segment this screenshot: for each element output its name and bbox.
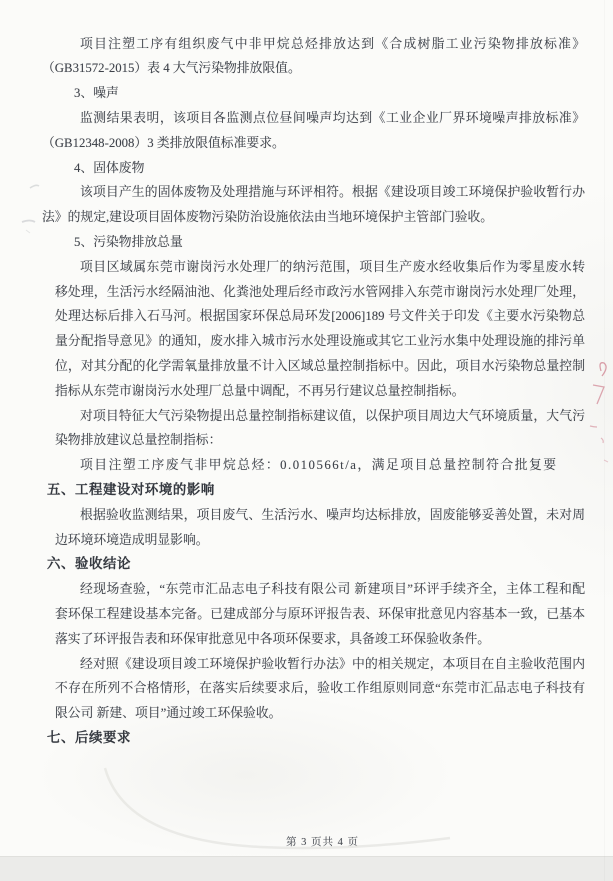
- text-line: 根据验收监测结果，项目废气、生活污水、噪声均达标排放，固废能够妥善处置，未对周: [55, 503, 585, 528]
- section-heading: 六、验收结论: [47, 552, 585, 577]
- text-line: 法》的规定,建设项目固体废物污染防治设施依法由当地环境保护主管部门验收。: [42, 205, 585, 230]
- text-line: 套环保工程建设基本完备。已建成部分与原环评报告表、环保审批意见内容基本一致，已基…: [55, 602, 585, 627]
- paper-crease-line: [80, 750, 500, 860]
- text-line: 指标从东莞市谢岗污水处理厂总量中调配，不再另行建议总量控制指标。: [55, 379, 585, 404]
- text-line: （GB12348-2008）3 类排放限值标准要求。: [42, 131, 585, 156]
- text-line: 项目注塑工序废气非甲烷总烃：0.010566t/a，满足项目总量控制符合批复要求…: [55, 453, 585, 478]
- text-line: 5、污染物排放总量: [55, 230, 585, 255]
- text-line: 染物排放建议总量控制指标：: [55, 428, 585, 453]
- document-body: 项目注塑工序有组织废气中非甲烷总烃排放达到《合成树脂工业污染物排放标准》（GB3…: [55, 0, 585, 751]
- section-heading: 七、后续要求: [47, 726, 585, 751]
- text-line: 3、噪声: [55, 81, 585, 106]
- text-line: 经对照《建设项目竣工环境保护验收暂行办法》中的相关规定，本项目在自主验收范围内: [55, 652, 585, 677]
- text-line: 移处理，生活污水经隔油池、化粪池处理后经市政污水管网排入东莞市谢岗污水处理厂处理…: [55, 280, 585, 305]
- document-page: 项目注塑工序有组织废气中非甲烷总烃排放达到《合成树脂工业污染物排放标准》（GB3…: [0, 0, 613, 881]
- text-line: 监测结果表明，该项目各监测点位昼间噪声均达到《工业企业厂界环境噪声排放标准》: [55, 106, 585, 131]
- text-line: 落实了环评报告表和环保审批意见中各项环保要求，具备竣工环保验收条件。: [55, 627, 585, 652]
- text-line: 处理达标后排入石马河。根据国家环保总局环发[2006]189 号文件关于印发《主…: [55, 304, 585, 329]
- text-line: 限公司 新建、项目”通过竣工环保验收。: [55, 701, 585, 726]
- text-line: （GB31572-2015）表 4 大气污染物排放限值。: [42, 56, 585, 81]
- text-line: 项目注塑工序有组织废气中非甲烷总烃排放达到《合成树脂工业污染物排放标准》: [55, 32, 585, 57]
- text-line: 项目区域属东莞市谢岗污水处理厂的纳污范围，项目生产废水经收集后作为零星废水转: [55, 255, 585, 280]
- text-line: 对项目特征大气污染物提出总量控制指标建议值，以保护项目周边大气环境质量，大气污: [55, 404, 585, 429]
- text-line: 不存在所列不合格情形，在落实后续要求后，验收工作组原则同意“东莞市汇品志电子科技…: [55, 676, 585, 701]
- text-line: 边环境环境造成明显影响。: [55, 528, 585, 553]
- section-heading: 五、工程建设对环境的影响: [47, 478, 585, 503]
- text-line: 位，对其分配的化学需氧量排放量不计入区域总量控制指标中。因此，项目水污染物总量控…: [55, 354, 585, 379]
- text-line: 量分配指导意见》的通知，废水排入城市污水处理设施或其它工业污水集中处理设施的排污…: [55, 329, 585, 354]
- pencil-smudge-marks: [8, 170, 58, 260]
- text-line: 4、固体废物: [55, 156, 585, 181]
- text-line: 该项目产生的固体废物及处理措施与环评相符。根据《建设项目竣工环境保护验收暂行办: [55, 180, 585, 205]
- text-line: 经现场查验，“东莞市汇品志电子科技有限公司 新建项目”环评手续齐全，主体工程和配: [55, 577, 585, 602]
- red-pen-marks-icon: [583, 352, 613, 472]
